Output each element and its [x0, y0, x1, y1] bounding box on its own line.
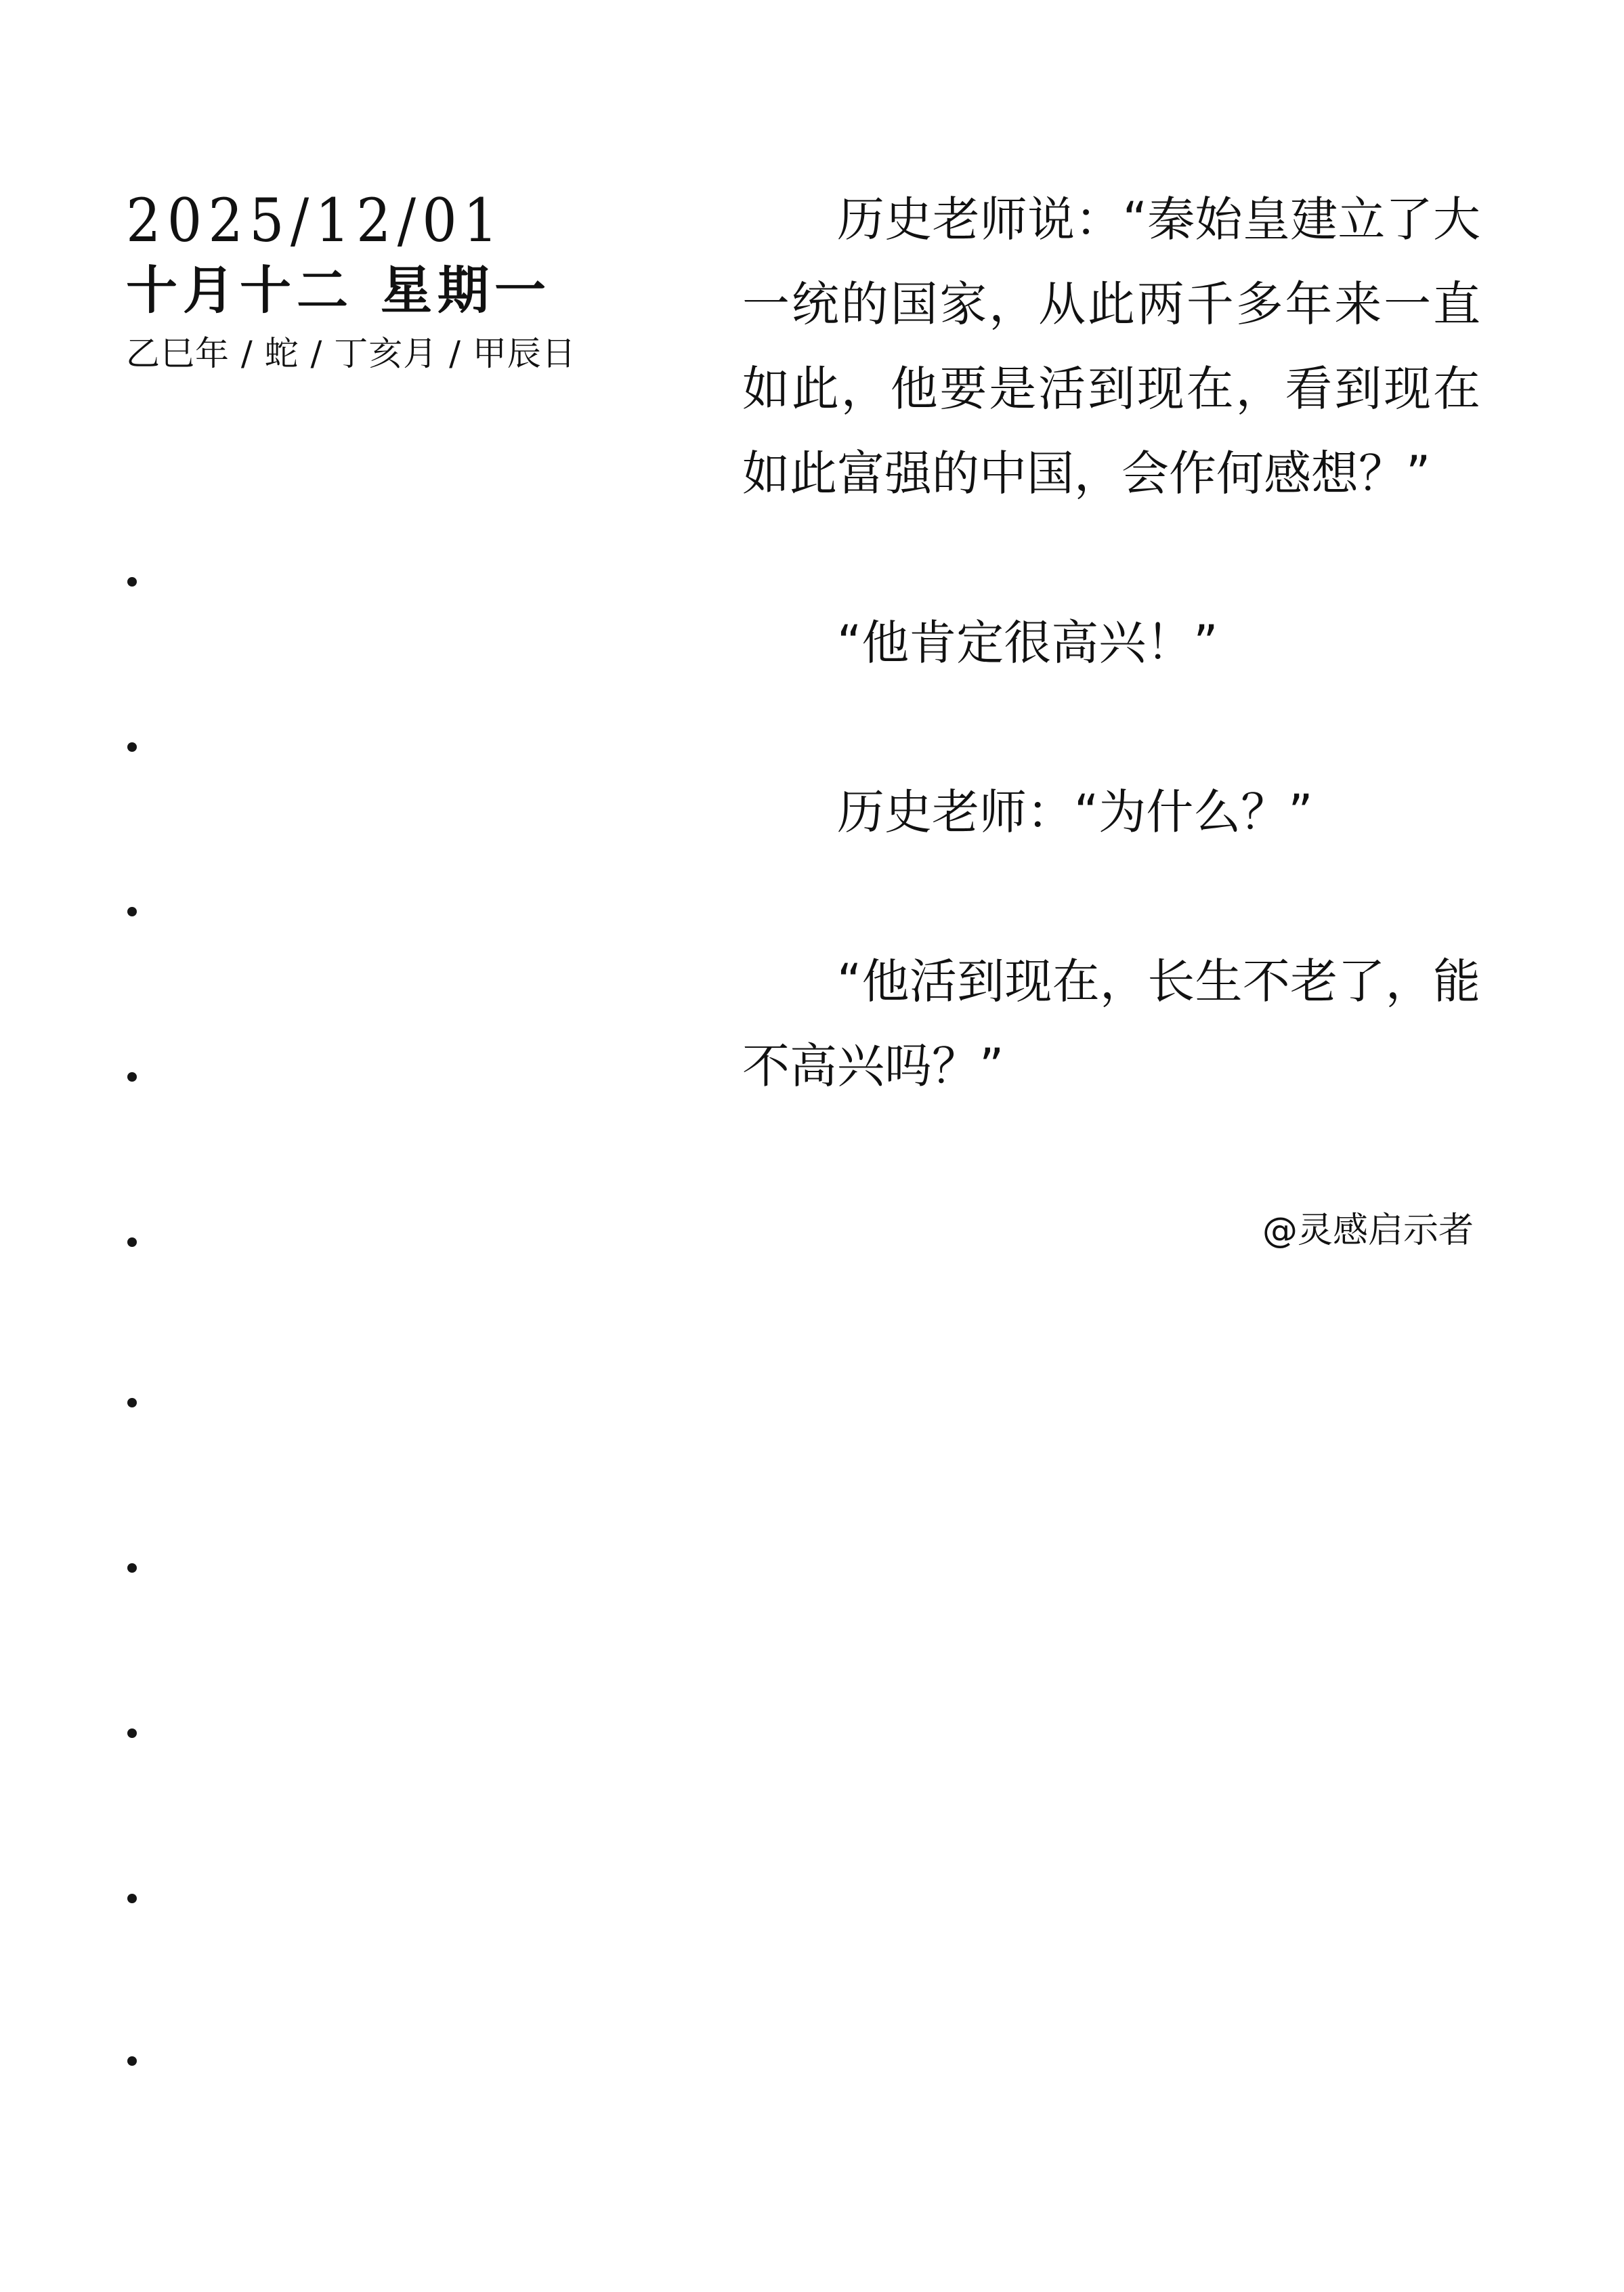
bullet-dot-icon	[127, 1398, 137, 1407]
bullet-dot-icon	[127, 1072, 137, 1082]
solar-date: 2025/12/01	[126, 188, 574, 253]
lunar-date: 十月十二	[126, 260, 354, 320]
story-body: 历史老师说：“秦始皇建立了大一统的国家，从此两千多年来一直如此，他要是活到现在，…	[742, 177, 1480, 1109]
note-page: 2025/12/01 十月十二星期一 乙巳年 / 蛇 / 丁亥月 / 甲辰日 历…	[0, 0, 1624, 2292]
ganzhi-date: 乙巳年 / 蛇 / 丁亥月 / 甲辰日	[126, 333, 614, 374]
bullet-dot-icon	[127, 907, 137, 916]
bullet-dot-icon	[127, 1237, 137, 1247]
date-header: 2025/12/01 十月十二星期一 乙巳年 / 蛇 / 丁亥月 / 甲辰日	[126, 188, 614, 374]
weekday: 星期一	[381, 260, 551, 320]
story-paragraph: “他肯定很高兴！”	[742, 601, 1480, 685]
lunar-date-line: 十月十二星期一	[126, 260, 614, 321]
story-paragraph: 历史老师：“为什么？”	[742, 770, 1480, 855]
bullet-dot-icon	[127, 1894, 137, 1903]
story-paragraph: 历史老师说：“秦始皇建立了大一统的国家，从此两千多年来一直如此，他要是活到现在，…	[742, 177, 1480, 516]
bullet-dot-icon	[127, 742, 137, 752]
bullet-dot-icon	[127, 2056, 137, 2066]
bullet-dot-icon	[127, 1563, 137, 1573]
bullet-dot-icon	[127, 577, 137, 587]
story-paragraph: “他活到现在，长生不老了，能不高兴吗？”	[742, 939, 1480, 1109]
bullet-dot-icon	[127, 1728, 137, 1738]
author-signature: @灵感启示者	[1262, 1207, 1474, 1254]
